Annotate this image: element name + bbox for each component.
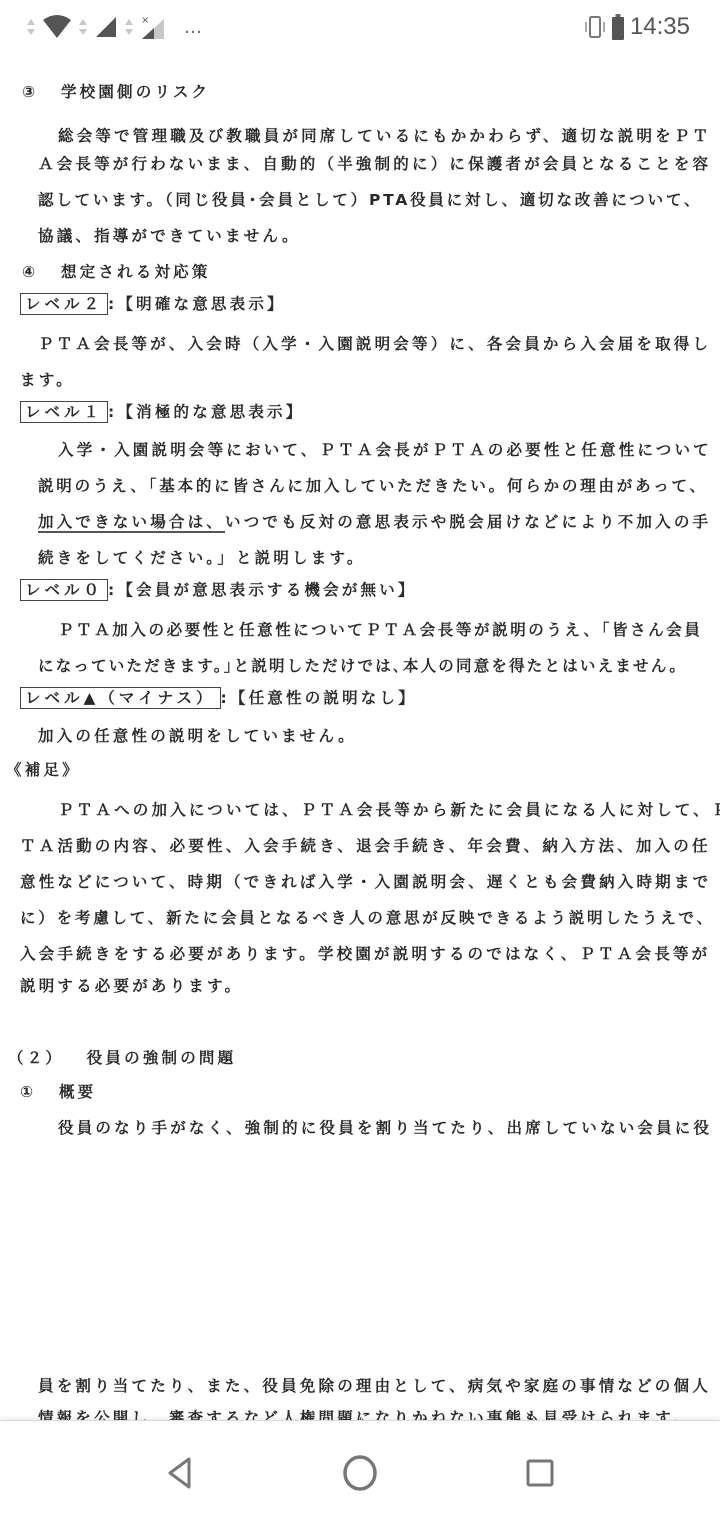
paragraph-line: ＴＡ活動の内容、必要性、入会手続き、退会手続き、年会費、納入方法、加入の任 [20, 834, 711, 856]
paragraph-line: ＰＴＡ加入の必要性と任意性についてＰＴＡ会長等が説明のうえ、｢皆さん会員 [58, 618, 702, 640]
section-heading: （２） 役員の強制の問題 [8, 1046, 236, 1068]
paragraph-line: 説明する必要があります。 [20, 974, 243, 996]
recents-icon [525, 1458, 555, 1488]
data-activity-icon [78, 14, 88, 40]
level-badge: レベル▲（マイナス） [20, 687, 221, 709]
paragraph-line: 意性などについて、時期（できれば入学・入園説明会、遅くとも会費納入時期まで [20, 870, 711, 892]
clock: 14:35 [630, 13, 690, 41]
paragraph-line: になっていただきます。｣と説明しただけでは､本人の同意を得たとはいえません。 [38, 654, 687, 676]
cell-signal-icon [94, 15, 118, 39]
level-badge: レベル２ [20, 293, 108, 315]
section-number: （２） [8, 1049, 64, 1067]
paragraph-line: ます。 [20, 368, 75, 390]
document-viewer[interactable]: ③ 学校園側のリスク 総会等で管理職及び教職員が同席しているにもかかわらず、適切… [0, 56, 720, 1420]
level-2-heading: レベル２:【明確な意思表示】 [20, 292, 286, 315]
data-activity-icon [26, 14, 36, 40]
subsection-number: ① [20, 1083, 36, 1101]
overflow-notification-indicator: … [184, 17, 203, 38]
battery-icon [612, 14, 624, 40]
paragraph-line: 入会手続きをする必要があります。学校園が説明するのではなく、ＰＴＡ会長等が [20, 942, 710, 964]
section-title: 学校園側のリスク [61, 83, 210, 101]
status-bar: × … 14:35 [0, 0, 720, 56]
home-button[interactable] [338, 1451, 382, 1495]
paragraph-line: 総会等で管理職及び教職員が同席しているにもかかわらず、適切な説明をＰＴ [58, 124, 711, 146]
paragraph-line: 員を割り当てたり、また、役員免除の理由として、病気や家庭の事情などの個人 [38, 1374, 711, 1396]
level-badge: レベル１ [20, 401, 108, 423]
paragraph-line: 役員のなり手がなく、強制的に役員を割り当てたり、出席していない会員に役 [58, 1116, 712, 1138]
section-heading: ④ 想定される対応策 [22, 260, 211, 282]
paragraph-line: Ａ会長等が行わないまま、自動的（半強制的に）に保護者が会員となることを容 [38, 152, 711, 174]
paragraph-line: に）を考慮して、新たに会員となるべき人の意思が反映できるよう説明したうえで、 [20, 906, 715, 928]
section-number: ③ [22, 83, 38, 101]
wifi-icon [42, 14, 72, 40]
paragraph-line: 認しています。（同じ役員･会員として）PTA役員に対し、適切な改善について、 [38, 188, 702, 210]
paragraph-line: ＰＴＡ会長等が、入会時（入学・入園説明会等）に、各会員から入会届を取得し [38, 332, 711, 354]
subsection-title: 概要 [59, 1083, 96, 1101]
level-title: :【任意性の説明なし】 [221, 689, 417, 707]
recents-button[interactable] [518, 1451, 562, 1495]
status-bar-right: 14:35 [584, 10, 690, 44]
vibrate-icon [584, 15, 606, 39]
level-0-heading: レベル０:【会員が意思表示する機会が無い】 [20, 578, 417, 601]
level-title: :【明確な意思表示】 [108, 295, 286, 313]
paragraph-line: 加入の任意性の説明をしていません。 [38, 724, 357, 746]
level-title: :【消極的な意思表示】 [108, 403, 304, 421]
subsection-heading: ① 概要 [20, 1080, 96, 1102]
level-badge: レベル０ [20, 579, 108, 601]
paragraph-line: 入学・入園説明会等において、ＰＴＡ会長がＰＴＡの必要性と任意性について [58, 438, 712, 460]
paragraph-line: 協議、指導ができていません。 [38, 224, 301, 246]
data-activity-icon [124, 14, 134, 40]
section-title: 想定される対応策 [61, 263, 211, 281]
paragraph-line: 説明のうえ、「基本的に皆さんに加入していただきたい。何らかの理由があって、 [38, 474, 708, 496]
back-icon [165, 1456, 195, 1490]
underlined-text: 加入できない場合は、 [38, 513, 225, 533]
level-1-heading: レベル１:【消極的な意思表示】 [20, 400, 304, 423]
level-minus-heading: レベル▲（マイナス）:【任意性の説明なし】 [20, 686, 417, 709]
level-title: :【会員が意思表示する機会が無い】 [108, 581, 417, 599]
svg-text:×: × [141, 15, 149, 26]
section-heading: ③ 学校園側のリスク [22, 80, 210, 102]
cell-signal-no-service-icon: × [140, 13, 166, 41]
section-title: 役員の強制の問題 [87, 1049, 237, 1067]
supplement-heading: 《補足》 [6, 758, 81, 780]
paragraph-line: ＰＴＡへの加入については、ＰＴＡ会長等から新たに会員になる人に対して、Ｐ [58, 798, 720, 820]
paragraph-line: 続きをしてください。」と説明します。 [38, 546, 366, 568]
home-icon [340, 1453, 380, 1493]
back-button[interactable] [158, 1451, 202, 1495]
status-bar-left: × … [26, 12, 203, 42]
section-number: ④ [22, 263, 38, 281]
paragraph-line: 加入できない場合は、いつでも反対の意思表示や脱会届けなどにより不加入の手 [38, 510, 711, 532]
navigation-bar [0, 1420, 720, 1520]
